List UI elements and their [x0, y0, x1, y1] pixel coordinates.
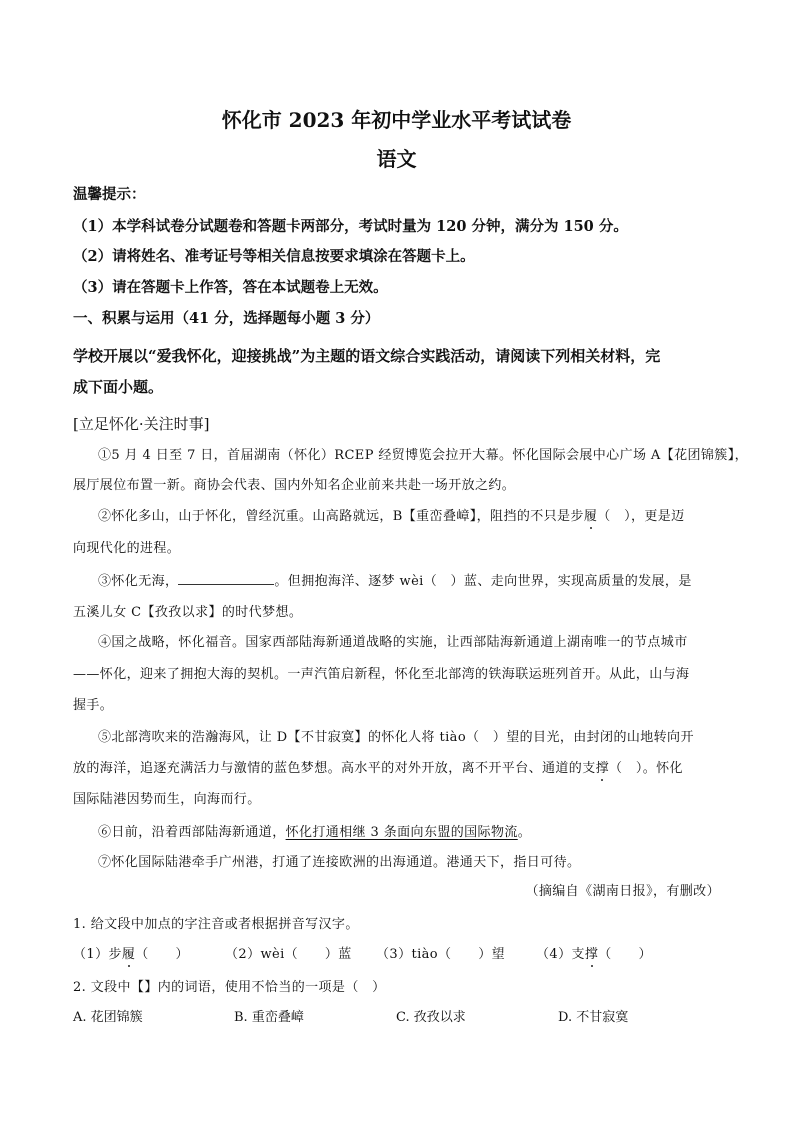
exam-subject: 语文 — [0, 143, 793, 172]
question-1-item-4: （4）支撑（ ） — [536, 943, 652, 962]
question-2-option-a[interactable]: A. 花团锦簇 — [73, 1006, 143, 1025]
text: ②怀化多山，山于怀化，曾经沉重。山高路就远，B【重峦叠嶂】，阻挡的不只是步 — [98, 509, 584, 524]
paragraph-4-line-2: ——怀化，迎来了拥抱大海的契机。一声汽笛启新程，怀化至北部湾的铁海联运班列首开。… — [73, 663, 689, 682]
paragraph-2-line-2: 向现代化的进程。 — [73, 537, 180, 556]
dotted-char: 履 — [584, 509, 597, 524]
text: （ ） — [135, 947, 189, 962]
paragraph-5-line-2: 放的海洋，追逐充满活力与激情的蓝色梦想。高水平的对外开放，离不开平台、通道的支撑… — [73, 757, 683, 776]
text: ③怀化无海， — [98, 574, 178, 589]
paragraph-4-line-1: ④国之战略，怀化福音。国家西部陆海新通道战略的实施，让西部陆海新通道上湖南唯一的… — [98, 631, 688, 650]
paragraph-5-line-1: ⑤北部湾吹来的浩瀚海风，让 D【不甘寂寞】的怀化人将 tiào（ ）望的目光，由… — [98, 726, 694, 745]
section-subheading: [立足怀化·关注时事] — [73, 413, 209, 434]
section-heading: 一、积累与运用（41 分，选择题每小题 3 分） — [73, 307, 379, 328]
underlined-sentence: 怀化打通相继 3 条面向东盟的国际物流 — [286, 825, 518, 840]
dotted-char: 撑 — [585, 947, 598, 962]
paragraph-4-line-3: 握手。 — [73, 694, 113, 713]
text: 。 — [518, 825, 531, 840]
notice-item-1: （1）本学科试卷分试题卷和答题卡两部分，考试时量为 120 分钟，满分为 150… — [73, 215, 628, 236]
question-2-option-b[interactable]: B. 重峦叠嶂 — [234, 1006, 304, 1025]
text: 放的海洋，追逐充满活力与激情的蓝色梦想。高水平的对外开放，离不开平台、通道的支 — [73, 761, 596, 776]
fill-in-blank — [178, 572, 274, 585]
dotted-char: 撑 — [596, 761, 609, 776]
paragraph-3-line-1: ③怀化无海，。但拥抱海洋、逐梦 wèi（ ）蓝、走向世界，实现高质量的发展，是 — [98, 570, 692, 589]
question-1-item-1: （1）步履（ ） — [73, 943, 189, 962]
notice-heading: 温馨提示： — [73, 183, 146, 204]
question-2-option-d[interactable]: D. 不甘寂寞 — [558, 1006, 628, 1025]
text: （ ）。怀化 — [609, 761, 683, 776]
notice-item-2: （2）请将姓名、准考证号等相关信息按要求填涂在答题卡上。 — [73, 245, 475, 266]
question-1-item-3: （3）tiào（ ）望 — [376, 943, 505, 962]
paragraph-1-line-1: ①5 月 4 日至 7 日，首届湖南（怀化）RCEP 经贸博览会拉开大幕。怀化国… — [98, 444, 748, 463]
passage-source: （摘编自《湖南日报》，有删改） — [525, 880, 720, 899]
question-1-prompt: 1. 给文段中加点的字注音或者根据拼音写汉字。 — [73, 913, 359, 932]
question-2-prompt: 2. 文段中【】内的词语，使用不恰当的一项是（ ） — [73, 976, 386, 995]
text: （4）支 — [536, 947, 585, 962]
question-2-option-c[interactable]: C. 孜孜以求 — [396, 1006, 466, 1025]
text: （1）步 — [73, 947, 122, 962]
dotted-char: 履 — [122, 947, 135, 962]
paragraph-5-line-3: 国际陆港因势而生，向海而行。 — [73, 788, 261, 807]
paragraph-3-line-2: 五溪儿女 C【孜孜以求】的时代梦想。 — [73, 601, 302, 620]
paragraph-2-line-1: ②怀化多山，山于怀化，曾经沉重。山高路就远，B【重峦叠嶂】，阻挡的不只是步履（ … — [98, 505, 685, 524]
exam-title: 怀化市 2023 年初中学业水平考试试卷 — [0, 104, 793, 133]
question-1-item-2: （2）wèi（ ）蓝 — [225, 943, 352, 962]
paragraph-6: ⑥日前，沿着西部陆海新通道，怀化打通相继 3 条面向东盟的国际物流。 — [98, 821, 531, 840]
section-intro-line-2: 成下面小题。 — [73, 376, 163, 397]
paragraph-7: ⑦怀化国际陆港牵手广州港，打通了连接欧洲的出海通道。港通天下，指日可待。 — [98, 851, 580, 870]
paragraph-1-line-2: 展厅展位布置一新。商协会代表、国内外知名企业前来共赴一场开放之约。 — [73, 474, 515, 493]
notice-item-3: （3）请在答题卡上作答，答在本试题卷上无效。 — [73, 276, 388, 297]
section-intro-line-1: 学校开展以“爱我怀化，迎接挑战”为主题的语文综合实践活动，请阅读下列相关材料，完 — [73, 345, 660, 366]
text: 。但拥抱海洋、逐梦 wèi（ ）蓝、走向世界，实现高质量的发展，是 — [274, 574, 691, 589]
text: ⑥日前，沿着西部陆海新通道， — [98, 825, 286, 840]
text: （ ），更是迈 — [597, 509, 684, 524]
text: （ ） — [598, 947, 652, 962]
